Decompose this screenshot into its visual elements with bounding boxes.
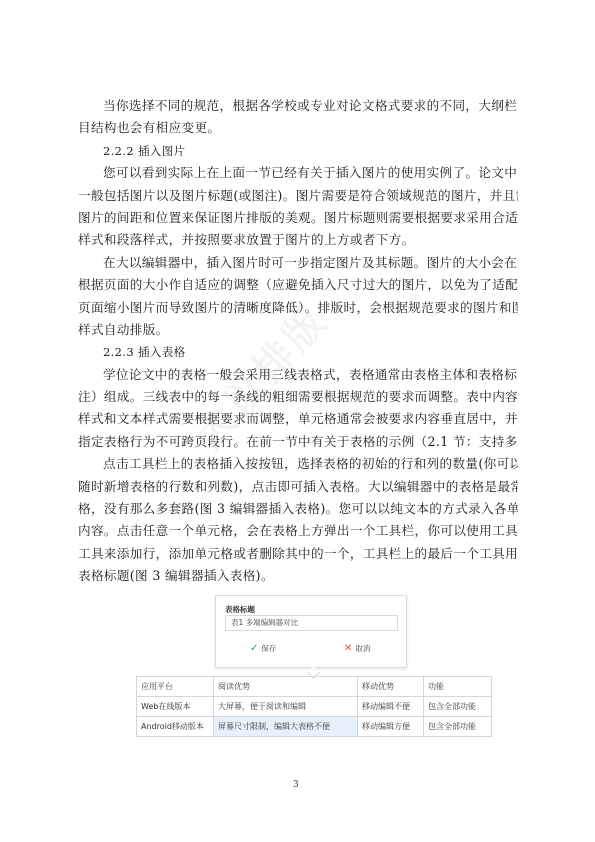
comparison-table: 应用平台 阅读优势 移动优势 功能 Web在线版本 大屏幕，便于阅读和编辑 移动… bbox=[136, 676, 492, 737]
text-line: 图片的间距和位置来保证图片排版的美观。图片标题则需要根据要求采用合适的字体 bbox=[78, 207, 518, 229]
text-line: 工具来添加行，添加单元格或者删除其中的一个，工具栏上的最后一个工具用于指定 bbox=[78, 543, 518, 565]
caption-input[interactable]: 表1 多端编辑器对比 bbox=[225, 615, 398, 631]
text-line: 样式和文本样式需要根据要求而调整，单元格通常会被要求内容垂直居中，并且需要 bbox=[78, 408, 518, 430]
check-icon: ✓ bbox=[250, 643, 258, 654]
table-row: Web在线版本 大屏幕，便于阅读和编辑 移动编辑不便 包含全部功能 bbox=[137, 697, 492, 717]
text-line: 随时新增表格的行数和列数)，点击即可插入表格。大以编辑器中的表格是最常见的表 bbox=[78, 476, 518, 498]
figure-editor-insert-table: 表格标题 表1 多端编辑器对比 ✓ 保存 ✕ 取消 应用平台 阅读优势 移动优势… bbox=[136, 594, 492, 744]
table-row: Android移动版本 屏幕尺寸限制，编辑大表格不便 移动编辑方便 包含全部功能 bbox=[137, 717, 492, 737]
text-line: 当你选择不同的规范，根据各学校或专业对论文格式要求的不同，大纲栏内的条 bbox=[78, 95, 518, 117]
table-cell-selected[interactable]: 屏幕尺寸限制，编辑大表格不便 bbox=[214, 717, 358, 737]
text-line: 注）组成。三线表中的每一条线的粗细需要根据规范的要求而调整。表中内容的段落 bbox=[78, 386, 518, 408]
text-line: 在大以编辑器中，插入图片时可一步指定图片及其标题。图片的大小会在排版时 bbox=[78, 252, 518, 274]
section-heading-2-2-2: 2.2.2 插入图片 bbox=[78, 140, 518, 162]
text-line: 点击工具栏上的表格插入按按钮，选择表格的初始的行和列的数量(你可以在之后 bbox=[78, 453, 518, 475]
cancel-button[interactable]: ✕ 取消 bbox=[344, 643, 370, 654]
text-line: 学位论文中的表格一般会采用三线表格式，表格通常由表格主体和表格标题（表 bbox=[78, 364, 518, 386]
table-header-row: 应用平台 阅读优势 移动优势 功能 bbox=[137, 677, 492, 697]
text-line: 指定表格行为不可跨页段行。在前一节中有关于表格的示例（2.1 节：支持多端编辑器… bbox=[78, 431, 518, 453]
document-page: 大以排版 当你选择不同的规范，根据各学校或专业对论文格式要求的不同，大纲栏内的条… bbox=[0, 0, 595, 842]
text-line: 您可以看到实际上在上面一节已经有关于插入图片的使用实例了。论文中的图片 bbox=[78, 162, 518, 184]
text-line: 格，没有那么多套路(图 3 编辑器插入表格)。您可以以纯文本的方式录入各单元格的 bbox=[78, 498, 518, 520]
table-cell[interactable]: 大屏幕，便于阅读和编辑 bbox=[214, 697, 358, 717]
text-line: 样式自动排版。 bbox=[78, 319, 518, 341]
save-button[interactable]: ✓ 保存 bbox=[250, 643, 276, 654]
table-cell[interactable]: 包含全部功能 bbox=[424, 697, 492, 717]
text-line: 根据页面的大小作自适应的调整（应避免插入尺寸过大的图片，以免为了适配较小的 bbox=[78, 274, 518, 296]
table-cell[interactable]: 功能 bbox=[424, 677, 492, 697]
text-line: 目结构也会有相应变更。 bbox=[78, 117, 518, 139]
table-cell[interactable]: Web在线版本 bbox=[137, 697, 214, 717]
section-heading-2-2-3: 2.2.3 插入表格 bbox=[78, 341, 518, 363]
text-line: 页面缩小图片而导致图片的清晰度降低）。排版时，会根据规范要求的图片和图片标题 bbox=[78, 297, 518, 319]
caption-label: 表格标题 bbox=[225, 604, 255, 615]
page-number: 3 bbox=[293, 780, 299, 790]
x-icon: ✕ bbox=[344, 643, 352, 654]
text-line: 表格标题(图 3 编辑器插入表格)。 bbox=[78, 565, 518, 587]
cancel-label: 取消 bbox=[355, 643, 370, 654]
body-text: 当你选择不同的规范，根据各学校或专业对论文格式要求的不同，大纲栏内的条 目结构也… bbox=[78, 95, 518, 588]
table-cell[interactable]: 移动编辑方便 bbox=[358, 717, 424, 737]
text-line: 样式和段落样式，并按照要求放置于图片的上方或者下方。 bbox=[78, 229, 518, 251]
table-cell[interactable]: Android移动版本 bbox=[137, 717, 214, 737]
table-cell[interactable]: 应用平台 bbox=[137, 677, 214, 697]
table-cell[interactable]: 包含全部功能 bbox=[424, 717, 492, 737]
table-cell[interactable]: 阅读优势 bbox=[214, 677, 358, 697]
text-line: 一般包括图片以及图片标题(或图注)。图片需要是符合领域规范的图片，并且需要调整 bbox=[78, 185, 518, 207]
save-label: 保存 bbox=[261, 643, 276, 654]
table-caption-popup: 表格标题 表1 多端编辑器对比 ✓ 保存 ✕ 取消 bbox=[215, 595, 407, 668]
text-line: 内容。点击任意一个单元格，会在表格上方弹出一个工具栏，你可以使用工具栏上的 bbox=[78, 520, 518, 542]
table-cell[interactable]: 移动编辑不便 bbox=[358, 697, 424, 717]
table-cell[interactable]: 移动优势 bbox=[358, 677, 424, 697]
